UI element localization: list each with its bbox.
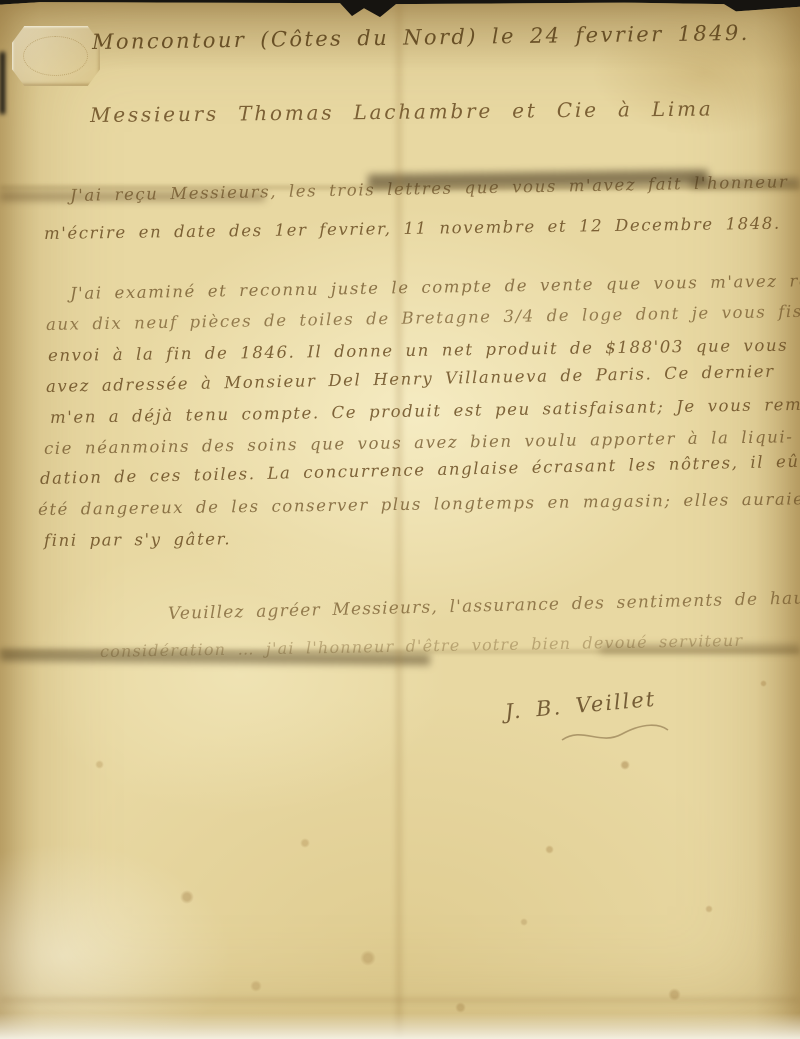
recipient-line: Messieurs Thomas Lachambre et Cie à Lima xyxy=(90,96,714,127)
letter-paper: Moncontour (Côtes du Nord) le 24 fevrier… xyxy=(0,0,800,1039)
closing-line: Veuillez agréer Messieurs, l'assurance d… xyxy=(168,588,800,624)
paragraph-line: m'en a déjà tenu compte. Ce produit est … xyxy=(50,394,800,427)
paragraph-line: fini par s'y gâter. xyxy=(44,529,231,550)
signature: J. B. Veillet xyxy=(504,687,657,724)
paragraph-line: été dangereux de les conserver plus long… xyxy=(38,489,800,519)
closing-line-faded: considération … j'ai l'honneur d'être vo… xyxy=(100,631,744,661)
foxing-spots xyxy=(0,0,800,1039)
paragraph-line: avez adressée à Monsieur Del Henry Villa… xyxy=(46,362,775,396)
paragraph-line: J'ai examiné et reconnu juste le compte … xyxy=(70,270,800,303)
paragraph-line: m'écrire en date des 1er fevrier, 11 nov… xyxy=(44,214,781,243)
scan-edge-fade xyxy=(0,1013,800,1039)
paragraph-line: dation de ces toiles. La concurrence ang… xyxy=(40,452,800,488)
vertical-fold-crease xyxy=(396,0,402,1039)
paragraph-line: cie néanmoins des soins que vous avez bi… xyxy=(44,427,794,458)
torn-edge-shadow xyxy=(0,52,5,114)
paper-aging-texture xyxy=(0,0,800,1039)
embossed-seal-icon xyxy=(12,26,100,86)
fold-crease-bottom xyxy=(0,998,800,1002)
paragraph-line: aux dix neuf pièces de toiles de Bretagn… xyxy=(46,302,800,334)
dateline: Moncontour (Côtes du Nord) le 24 fevrier… xyxy=(92,21,750,54)
paragraph-line: J'ai reçu Messieurs, les trois lettres q… xyxy=(70,172,800,205)
letter-scan: Moncontour (Côtes du Nord) le 24 fevrier… xyxy=(0,0,800,1039)
signature-paraph-icon xyxy=(560,722,670,748)
paragraph-line: envoi à la fin de 1846. Il donne un net … xyxy=(48,336,788,365)
